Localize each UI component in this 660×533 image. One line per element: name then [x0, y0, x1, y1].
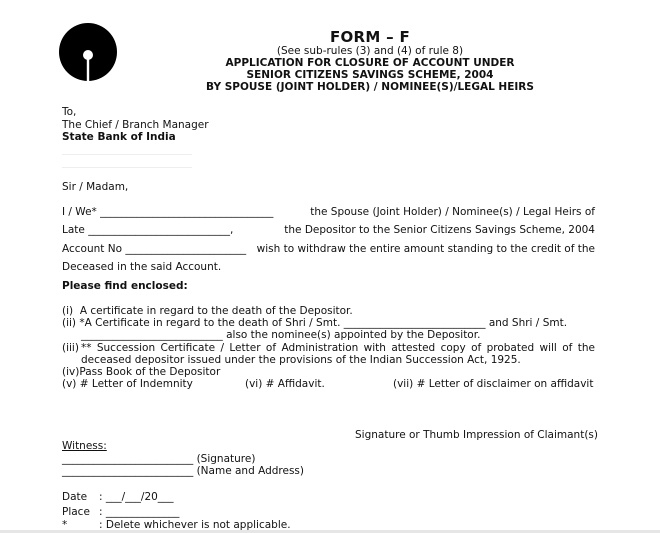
- enclosed-heading: Please find enclosed:: [62, 280, 188, 293]
- form-page: FORM – F (See sub-rules (3) and (4) of r…: [0, 0, 660, 530]
- sbi-keyhole-logo-icon: [58, 22, 118, 82]
- body-row-4: Deceased in the said Account.: [62, 261, 221, 274]
- witness-label: Witness:: [62, 440, 107, 453]
- salutation: Sir / Madam,: [62, 181, 128, 194]
- place-field[interactable]: : ______________: [99, 506, 179, 519]
- place-label: Place: [62, 506, 90, 519]
- body-row-3: Account No _______________________ wish …: [62, 243, 595, 256]
- date-label: Date: [62, 491, 87, 504]
- enclosure-item: (vi) # Affidavit.: [245, 378, 325, 391]
- body-row-1: I / We* ________________________________…: [62, 206, 595, 219]
- form-title: FORM – F: [140, 28, 600, 46]
- sub-rules-reference: (See sub-rules (3) and (4) of rule 8): [140, 45, 600, 57]
- account-number-field[interactable]: Account No _______________________: [62, 243, 246, 256]
- claimant-signature-label: Signature or Thumb Impression of Claiman…: [355, 429, 598, 442]
- date-field[interactable]: : ___/___/20___: [99, 491, 174, 504]
- enclosure-item: (vii) # Letter of disclaimer on affidavi…: [393, 378, 593, 391]
- branch-address-line-1[interactable]: [62, 154, 192, 155]
- form-heading-line-3: BY SPOUSE (JOINT HOLDER) / NOMINEE(S)/LE…: [140, 81, 600, 93]
- address-to: To,: [62, 106, 76, 119]
- enclosure-item-continuation: ___________________________ also the nom…: [81, 329, 480, 342]
- body-row-2: Late ___________________________, the De…: [62, 224, 595, 237]
- claimant-name-field[interactable]: I / We* ________________________________…: [62, 206, 273, 219]
- enclosure-item: (v) # Letter of Indemnity: [62, 378, 193, 391]
- branch-address-line-2[interactable]: [62, 167, 192, 168]
- depositor-name-field[interactable]: Late ___________________________,: [62, 224, 233, 237]
- address-bank-name: State Bank of India: [62, 131, 176, 144]
- form-heading-line-2: SENIOR CITIZENS SAVINGS SCHEME, 2004: [140, 69, 600, 81]
- witness-name-address-field[interactable]: _________________________ (Name and Addr…: [62, 465, 304, 478]
- form-heading-line-1: APPLICATION FOR CLOSURE OF ACCOUNT UNDER: [140, 57, 600, 69]
